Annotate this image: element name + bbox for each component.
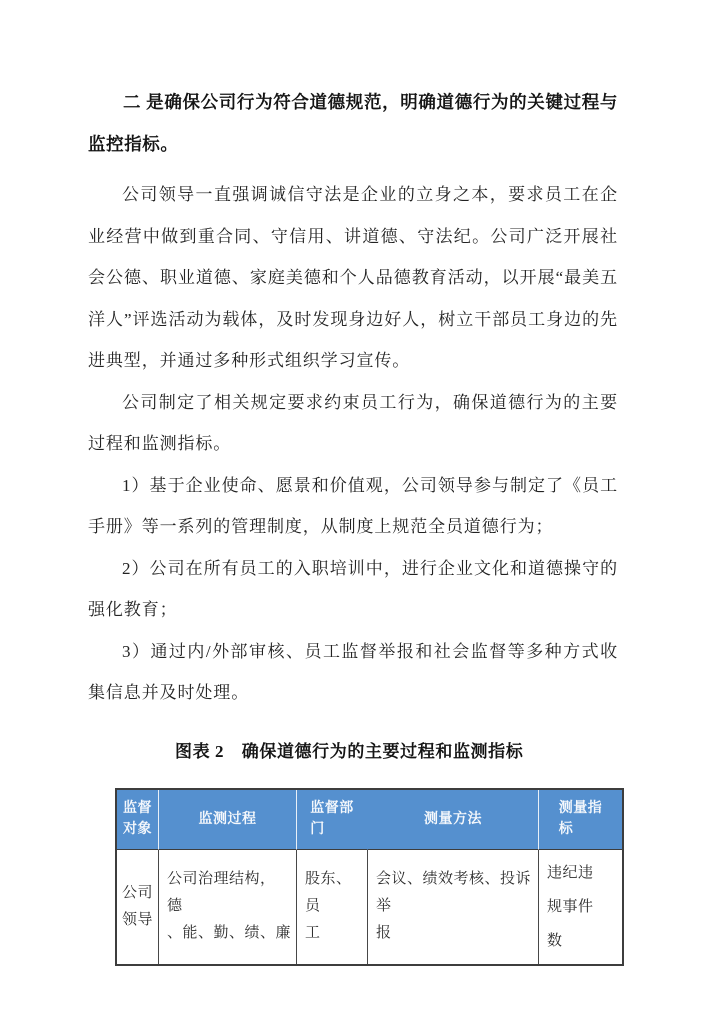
column-header-monitoring-process: 监测过程 xyxy=(159,790,297,850)
section-heading: 二 是确保公司行为符合道德规范，明确道德行为的关键过程与监控指标。 xyxy=(88,82,618,165)
column-header-label: 监督 对象 xyxy=(123,798,152,840)
list-item-1: 1）基于企业使命、愿景和价值观，公司领导参与制定了《员工手册》等一系列的管理制度… xyxy=(88,465,618,548)
cell-supervision-dept: 股东、员 工 xyxy=(297,850,368,964)
column-header-supervision-dept: 监督部 门 xyxy=(297,790,368,850)
list-item-2: 2）公司在所有员工的入职培训中，进行企业文化和道德操守的强化教育； xyxy=(88,548,618,631)
table-row: 公司 领导 公司治理结构， 德 、能、勤、绩、廉 股东、员 工 会议、绩效考核、… xyxy=(117,850,622,964)
cell-text: 会议、绩效考核、投诉举 报 xyxy=(376,866,533,947)
column-header-measurement-indicator: 测量指 标 xyxy=(539,790,622,850)
column-header-supervision-target: 监督 对象 xyxy=(117,790,159,850)
figure-caption: 图表 2 确保道德行为的主要过程和监测指标 xyxy=(88,740,618,764)
cell-text: 违纪违 规事件 数 xyxy=(547,856,594,958)
body-paragraph-1: 公司领导一直强调诚信守法是企业的立身之本，要求员工在企业经营中做到重合同、守信用… xyxy=(88,174,618,382)
cell-monitoring-process: 公司治理结构， 德 、能、勤、绩、廉 xyxy=(159,850,297,964)
column-header-label: 测量指 标 xyxy=(559,798,603,840)
cell-supervision-target: 公司 领导 xyxy=(117,850,159,964)
body-paragraph-2: 公司制定了相关规定要求约束员工行为，确保道德行为的主要过程和监测指标。 xyxy=(88,382,618,465)
cell-text: 公司 领导 xyxy=(122,880,153,934)
column-header-label: 监测过程 xyxy=(199,809,257,830)
column-header-measurement-method: 测量方法 xyxy=(368,790,539,850)
cell-measurement-method: 会议、绩效考核、投诉举 报 xyxy=(368,850,539,964)
column-header-label: 测量方法 xyxy=(424,809,482,830)
column-header-label: 监督部 门 xyxy=(310,798,354,840)
ethics-monitoring-table: 监督 对象 监测过程 监督部 门 测量方法 测量指 标 公司 领导 公司治理结构… xyxy=(115,788,624,966)
table-header-row: 监督 对象 监测过程 监督部 门 测量方法 测量指 标 xyxy=(117,790,622,850)
document-page: 二 是确保公司行为符合道德规范，明确道德行为的关键过程与监控指标。 公司领导一直… xyxy=(0,0,724,1024)
cell-measurement-indicator: 违纪违 规事件 数 xyxy=(539,850,622,964)
list-item-3: 3）通过内/外部审核、员工监督举报和社会监督等多种方式收集信息并及时处理。 xyxy=(88,631,618,714)
cell-text: 公司治理结构， 德 、能、勤、绩、廉 xyxy=(167,866,291,947)
cell-text: 股东、员 工 xyxy=(305,866,362,947)
